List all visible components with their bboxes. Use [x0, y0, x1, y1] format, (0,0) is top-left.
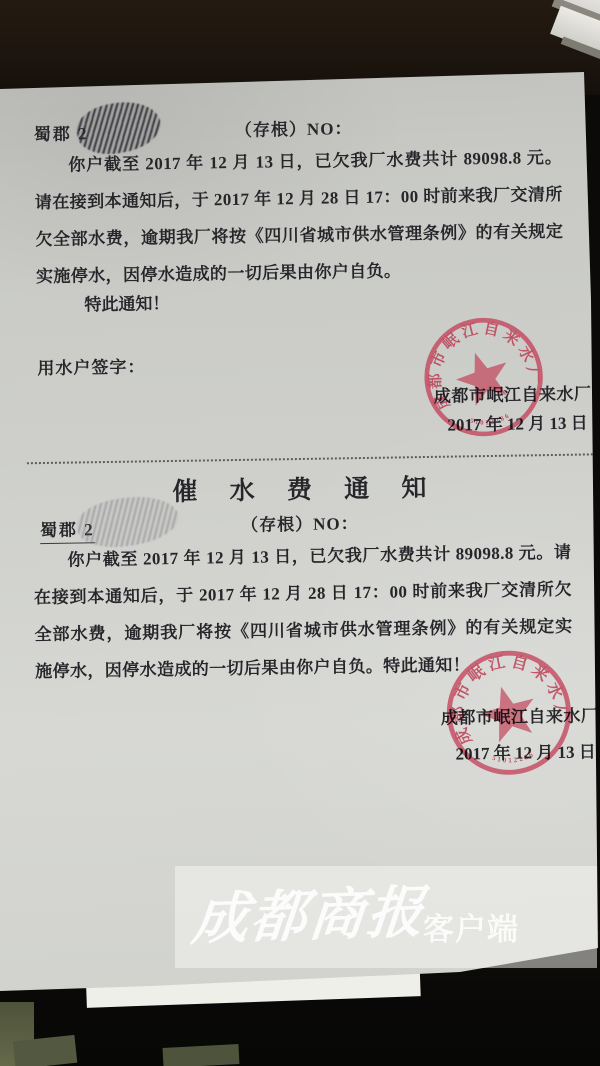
photo-background: 蜀郡 2 （存根）NO： 你户截至 2017 年 12 月 13 日，已欠我厂水… [0, 0, 600, 1066]
watermark-badge: 成都商报 客户端 [175, 866, 597, 968]
official-seal-stamp-icon: 成都市岷江自来水厂 51012286 [438, 641, 581, 784]
notice-closing: 特此通知！ [84, 289, 169, 315]
signature-label: 用水户签字： [37, 352, 145, 379]
floor-patch [13, 1035, 78, 1066]
watermark-brand-logo: 成都商报 [189, 868, 429, 956]
official-seal-stamp-icon: 成都市岷江自来水厂 51012286 [413, 306, 555, 448]
seal-serial-text: 51012286 [490, 749, 537, 766]
seal-serial-text: 51012286 [468, 411, 513, 429]
svg-text:51012286: 51012286 [468, 411, 513, 429]
svg-text:51012286: 51012286 [490, 749, 537, 766]
floor-patch [163, 1044, 240, 1066]
notice-body: 你户截至 2017 年 12 月 13 日，已欠我厂水费共计 89098.8 元… [34, 139, 564, 295]
notice-title: 催 水 费 通 知 [0, 465, 600, 510]
watermark-suffix-label: 客户端 [423, 904, 519, 949]
perforation-line [27, 453, 597, 464]
seal-star-icon [450, 344, 517, 409]
seal-star-icon [474, 679, 542, 745]
